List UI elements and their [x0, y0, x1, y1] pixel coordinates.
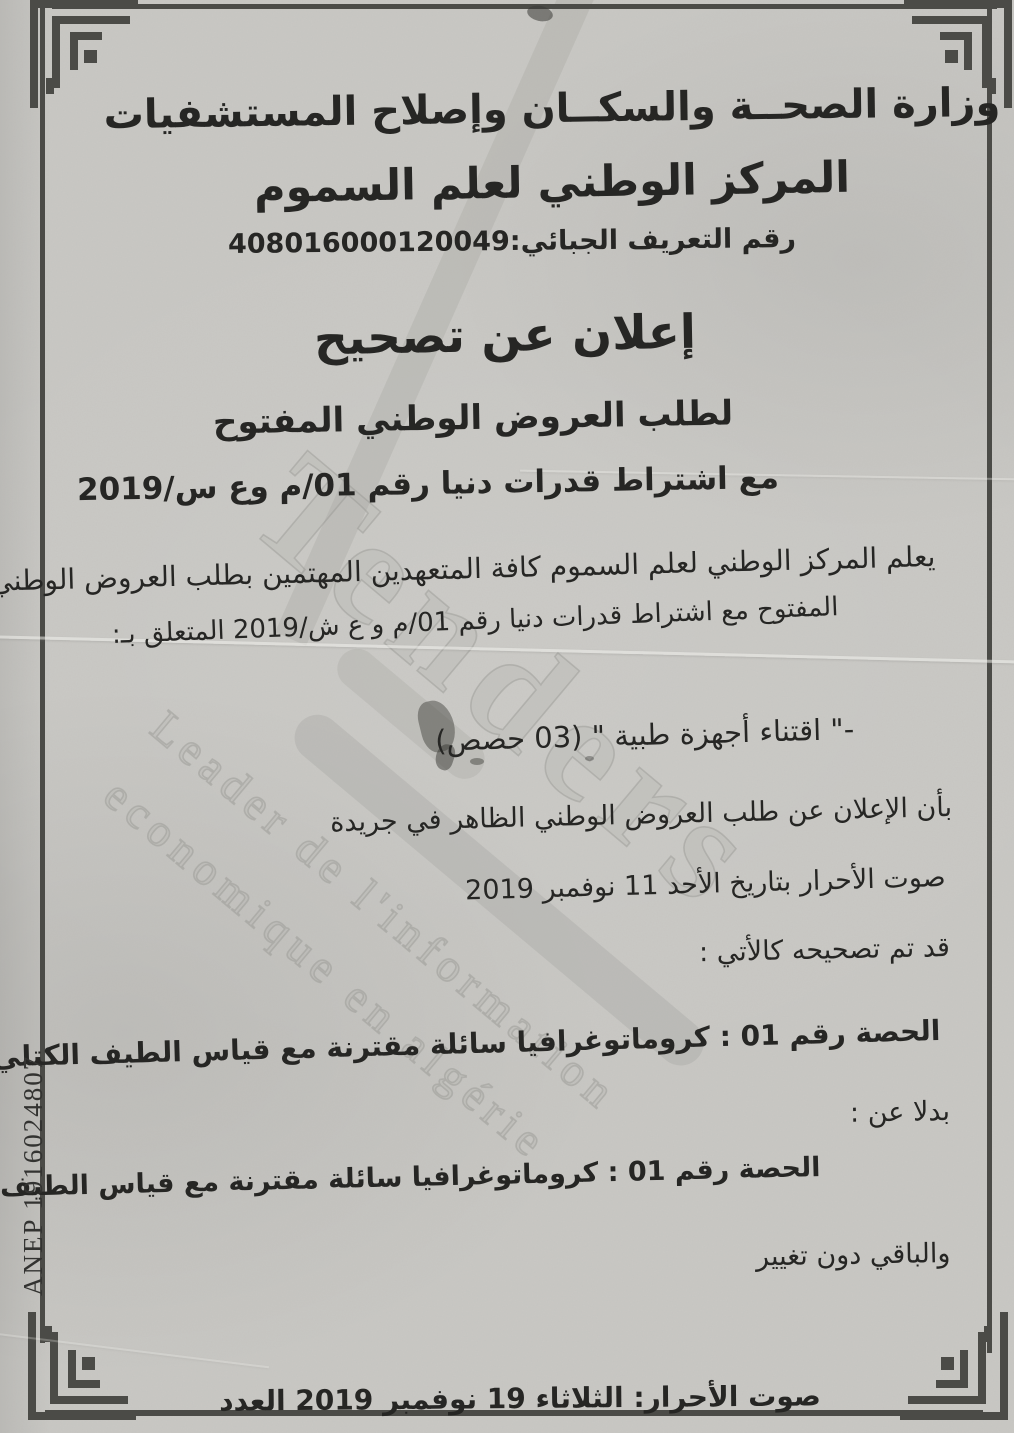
- corner-ornament-bottom-right: [898, 1310, 1008, 1420]
- anep-reference: ANEP 1916024807: [18, 1055, 49, 1296]
- frame-right-border: [987, 8, 992, 1353]
- notice-title: إعلان عن تصحيح: [314, 305, 697, 367]
- announcement-line-1: بأن الإعلان عن طلب العروض الوطني الظاهر …: [330, 792, 953, 838]
- lot-corrected-line: الحصة رقم 01 : كروماتوغرافيا سائلة مقترن…: [0, 1014, 940, 1077]
- lot-original-line: الحصة رقم 01 : كروماتوغرافيا سائلة مقترن…: [0, 1152, 820, 1205]
- tax-id-label: رقم التعريف الجبائي:: [510, 223, 797, 257]
- scanned-newspaper-announcement: Tenders Leader de l'information economiq…: [0, 0, 1014, 1433]
- closing-line: والباقي دون تغيير: [755, 1238, 950, 1272]
- corrected-intro-line: قد تم تصحيحه كالأتي :: [699, 932, 951, 968]
- instead-of-line: بدلا عن :: [850, 1096, 951, 1129]
- ink-smudge: [470, 758, 484, 765]
- intro-line-2: المفتوح مع اشتراط قدرات دنيا رقم 01/م و …: [111, 592, 839, 650]
- tax-id-number: 408016000120049: [228, 226, 510, 260]
- notice-subtitle-1: لطلب العروض الوطني المفتوح: [213, 393, 734, 442]
- announcement-line-2: صوت الأحرار بتاريخ الأحد 11 نوفمبر 2019: [465, 862, 946, 906]
- notice-subtitle-2: مع اشتراط قدرات دنيا رقم 01/م وع س/2019: [77, 460, 779, 508]
- tax-id-line: رقم التعريف الجبائي:408016000120049: [228, 223, 796, 260]
- frame-top-border: [52, 4, 997, 9]
- tender-item-line: -" اقتناء أجهزة طبية " (03 حصص): [435, 712, 855, 758]
- intro-line-1: يعلم المركز الوطني لعلم السموم كافة المت…: [0, 540, 935, 598]
- ink-smudge: [585, 756, 594, 761]
- corner-ornament-bottom-left: [28, 1310, 138, 1420]
- watermark-swoosh-tip: [329, 641, 493, 787]
- issuing-center-name: المركز الوطني لعلم السموم: [254, 153, 851, 213]
- paper-grain-texture: [0, 0, 1014, 1433]
- newspaper-footer-line: صوت الأحرار: الثلاثاء 19 نوفمبر 2019 الع…: [219, 1379, 821, 1417]
- ministry-title: وزارة الصحــة والسكــان وإصلاح المستشفيا…: [103, 80, 1000, 139]
